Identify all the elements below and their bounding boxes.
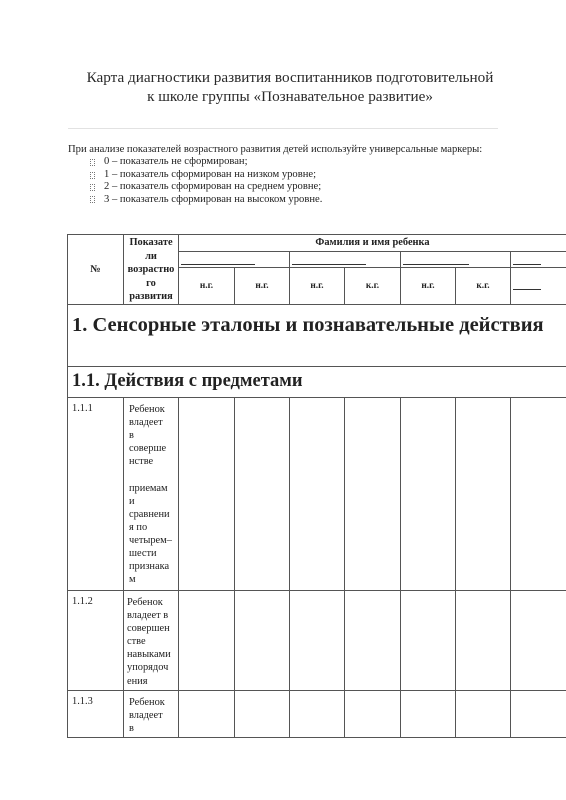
title-line-2: к школе группы «Познавательное развитие»: [60, 87, 520, 106]
score-cell[interactable]: [290, 397, 345, 590]
section-heading: 1. Сенсорные эталоны и познавательные де…: [68, 304, 566, 366]
table-row: 1.1.2 Ребеноквладеет всовершенственавыка…: [68, 590, 566, 690]
intro-text: При анализе показателей возрастного разв…: [68, 144, 488, 156]
marker-item: 0 – показатель не сформирован;: [90, 156, 488, 168]
table-row: 1.1.1 Ребеноквладеетвсовершенстве приема…: [68, 397, 566, 590]
intro-block: При анализе показателей возрастного разв…: [68, 144, 488, 206]
header-number: №: [68, 235, 124, 305]
score-cell[interactable]: [290, 690, 345, 737]
marker-list: 0 – показатель не сформирован; 1 – показ…: [90, 156, 488, 206]
marker-item: 1 – показатель сформирован на низком уро…: [90, 169, 488, 181]
row-indicator: Ребеноквладеет всовершенственавыкамиупор…: [124, 590, 179, 690]
marker-item: 3 – показатель сформирован на высоком ур…: [90, 194, 488, 206]
period-label: н.г.: [179, 267, 235, 304]
bullet-icon: [90, 184, 95, 191]
header-indicators: Показателивозрастногоразвития: [124, 235, 179, 305]
child-name-field[interactable]: [511, 252, 566, 267]
score-cell[interactable]: [345, 690, 401, 737]
score-cell[interactable]: [235, 690, 290, 737]
score-cell[interactable]: [179, 397, 235, 590]
score-cell[interactable]: [235, 590, 290, 690]
subsection-heading: 1.1. Действия с предметами: [68, 366, 566, 397]
bullet-icon: [90, 196, 95, 203]
bullet-icon: [90, 172, 95, 179]
score-cell[interactable]: [511, 397, 566, 590]
score-cell[interactable]: [511, 690, 566, 737]
document-title: Карта диагностики развития воспитанников…: [60, 68, 520, 106]
header-child-name: Фамилия и имя ребенка: [179, 235, 566, 252]
score-cell[interactable]: [345, 590, 401, 690]
bullet-icon: [90, 159, 95, 166]
score-cell[interactable]: [456, 690, 511, 737]
row-code: 1.1.1: [68, 397, 124, 590]
score-cell[interactable]: [179, 690, 235, 737]
score-cell[interactable]: [179, 590, 235, 690]
period-label: н.г.: [401, 267, 456, 304]
row-indicator: Ребеноквладеетвсовершенстве приемамисрав…: [124, 397, 179, 590]
score-cell[interactable]: [456, 590, 511, 690]
period-label: н.г.: [290, 267, 345, 304]
table-row: 1.1.3 Ребеноквладеетв: [68, 690, 566, 737]
title-line-1: Карта диагностики развития воспитанников…: [60, 68, 520, 87]
diagnostic-table: № Показателивозрастногоразвития Фамилия …: [67, 234, 566, 738]
score-cell[interactable]: [511, 590, 566, 690]
period-label: к.г.: [456, 267, 511, 304]
score-cell[interactable]: [290, 590, 345, 690]
period-blank-field[interactable]: [511, 267, 566, 304]
score-cell[interactable]: [456, 397, 511, 590]
score-cell[interactable]: [401, 590, 456, 690]
child-name-field[interactable]: [179, 252, 290, 267]
child-name-field[interactable]: [401, 252, 511, 267]
period-label: н.г.: [235, 267, 290, 304]
period-label: к.г.: [345, 267, 401, 304]
row-indicator: Ребеноквладеетв: [124, 690, 179, 737]
score-cell[interactable]: [401, 690, 456, 737]
score-cell[interactable]: [345, 397, 401, 590]
marker-item: 2 – показатель сформирован на среднем ур…: [90, 181, 488, 193]
divider: [68, 128, 498, 129]
score-cell[interactable]: [235, 397, 290, 590]
child-name-field[interactable]: [290, 252, 401, 267]
row-code: 1.1.3: [68, 690, 124, 737]
row-code: 1.1.2: [68, 590, 124, 690]
score-cell[interactable]: [401, 397, 456, 590]
